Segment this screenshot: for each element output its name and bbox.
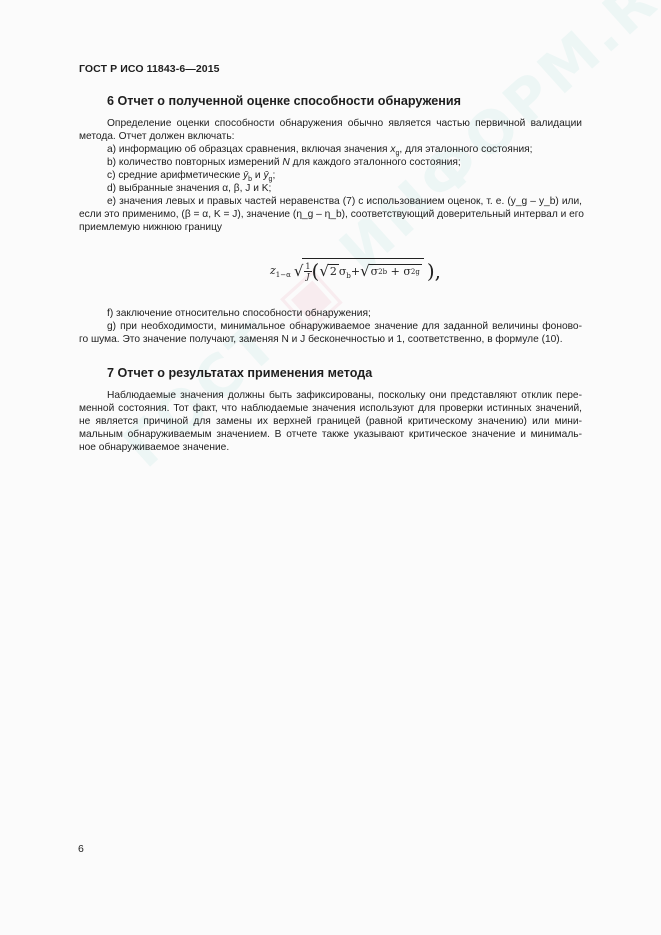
- document-header: ГОСТ Р ИСО 11843-6—2015: [79, 63, 220, 75]
- list-item-f: f) заключение относительно способности о…: [107, 308, 582, 320]
- section-7-line-1: Наблюдаемые значения должны быть зафикси…: [107, 390, 582, 402]
- item-c-mid: и: [252, 170, 263, 181]
- formula-lower-limit: z1−α √ 1 J ( √ 2 σb + √ σ2b: [270, 258, 441, 283]
- formula-sqrt-2: √ 2: [319, 262, 339, 280]
- item-c-post: ;: [272, 170, 275, 181]
- formula-z: z1−α: [270, 264, 291, 277]
- formula-sqrt-inner: √ σ2b + σ2g: [360, 262, 422, 280]
- section-7-title: 7 Отчет о результатах применения метода: [107, 366, 372, 380]
- formula-z-sub: 1−α: [276, 271, 291, 279]
- open-paren: (: [312, 259, 320, 283]
- sigma: σ: [371, 265, 379, 278]
- item-a-text: a) информацию об образцах сравнения, вкл…: [107, 144, 390, 155]
- section-6-intro-line-1: Определение оценки способности обнаружен…: [107, 118, 582, 130]
- section-7-line-3: не является причиной для замены их верхн…: [79, 416, 582, 428]
- section-7-line-4: мальным обнаруживаемым значением. В отче…: [79, 429, 582, 441]
- list-item-e-line-3: приемлемую нижнюю границу: [79, 222, 582, 234]
- list-item-c: c) средние арифметические ȳb и ȳg;: [107, 170, 582, 182]
- section-6-title: 6 Отчет о полученной оценке способности …: [107, 94, 461, 108]
- document-page: ГОСТ ▣ ИНФОРМ.RU ГОСТ Р ИСО 11843-6—2015…: [0, 0, 661, 935]
- list-item-g-line-2: го шума. Это значение получают, заменяя …: [79, 334, 582, 346]
- plus-sign: +: [391, 265, 400, 278]
- sigma-b: σb: [339, 265, 351, 278]
- formula-sqrt-body: 1 J ( √ 2 σb + √ σ2b + σ2g: [302, 258, 423, 283]
- formula-sqrt-outer: √ 1 J ( √ 2 σb + √ σ2b +: [294, 258, 424, 283]
- item-a-post: , для эталонного состояния;: [399, 144, 532, 155]
- list-item-b: b) количество повторных измерений N для …: [107, 157, 582, 169]
- formula-fraction: 1 J: [304, 262, 311, 281]
- fraction-denominator: J: [306, 272, 309, 281]
- close-paren: ),: [427, 259, 441, 283]
- item-c-text: c) средние арифметические: [107, 170, 243, 181]
- item-b-var: N: [282, 157, 289, 168]
- section-7-line-2: менной состояния. Тот факт, что наблюдае…: [79, 403, 582, 415]
- list-item-a: a) информацию об образцах сравнения, вкл…: [107, 144, 582, 156]
- sqrt2-value: 2: [328, 264, 339, 278]
- list-item-e-line-1: e) значения левых и правых частей нераве…: [107, 196, 582, 208]
- item-b-post: для каждого эталонного состояния;: [290, 157, 461, 168]
- page-number: 6: [78, 843, 84, 855]
- section-6-intro-line-2: метода. Отчет должен включать:: [79, 131, 582, 143]
- plus-sign: +: [351, 265, 360, 278]
- sigma: σ: [403, 265, 411, 278]
- list-item-g-line-1: g) при необходимости, минимальное обнару…: [107, 321, 582, 333]
- sqrt-inner-body: σ2b + σ2g: [369, 264, 422, 278]
- fraction-numerator: 1: [304, 262, 311, 272]
- section-7-line-5: ное обнаруживаемое значение.: [79, 442, 582, 454]
- item-b-text: b) количество повторных измерений: [107, 157, 282, 168]
- list-item-d: d) выбранные значения α, β, J и K;: [107, 183, 582, 195]
- list-item-e-line-2: если это применимо, (β = α, K = J), знач…: [79, 209, 582, 221]
